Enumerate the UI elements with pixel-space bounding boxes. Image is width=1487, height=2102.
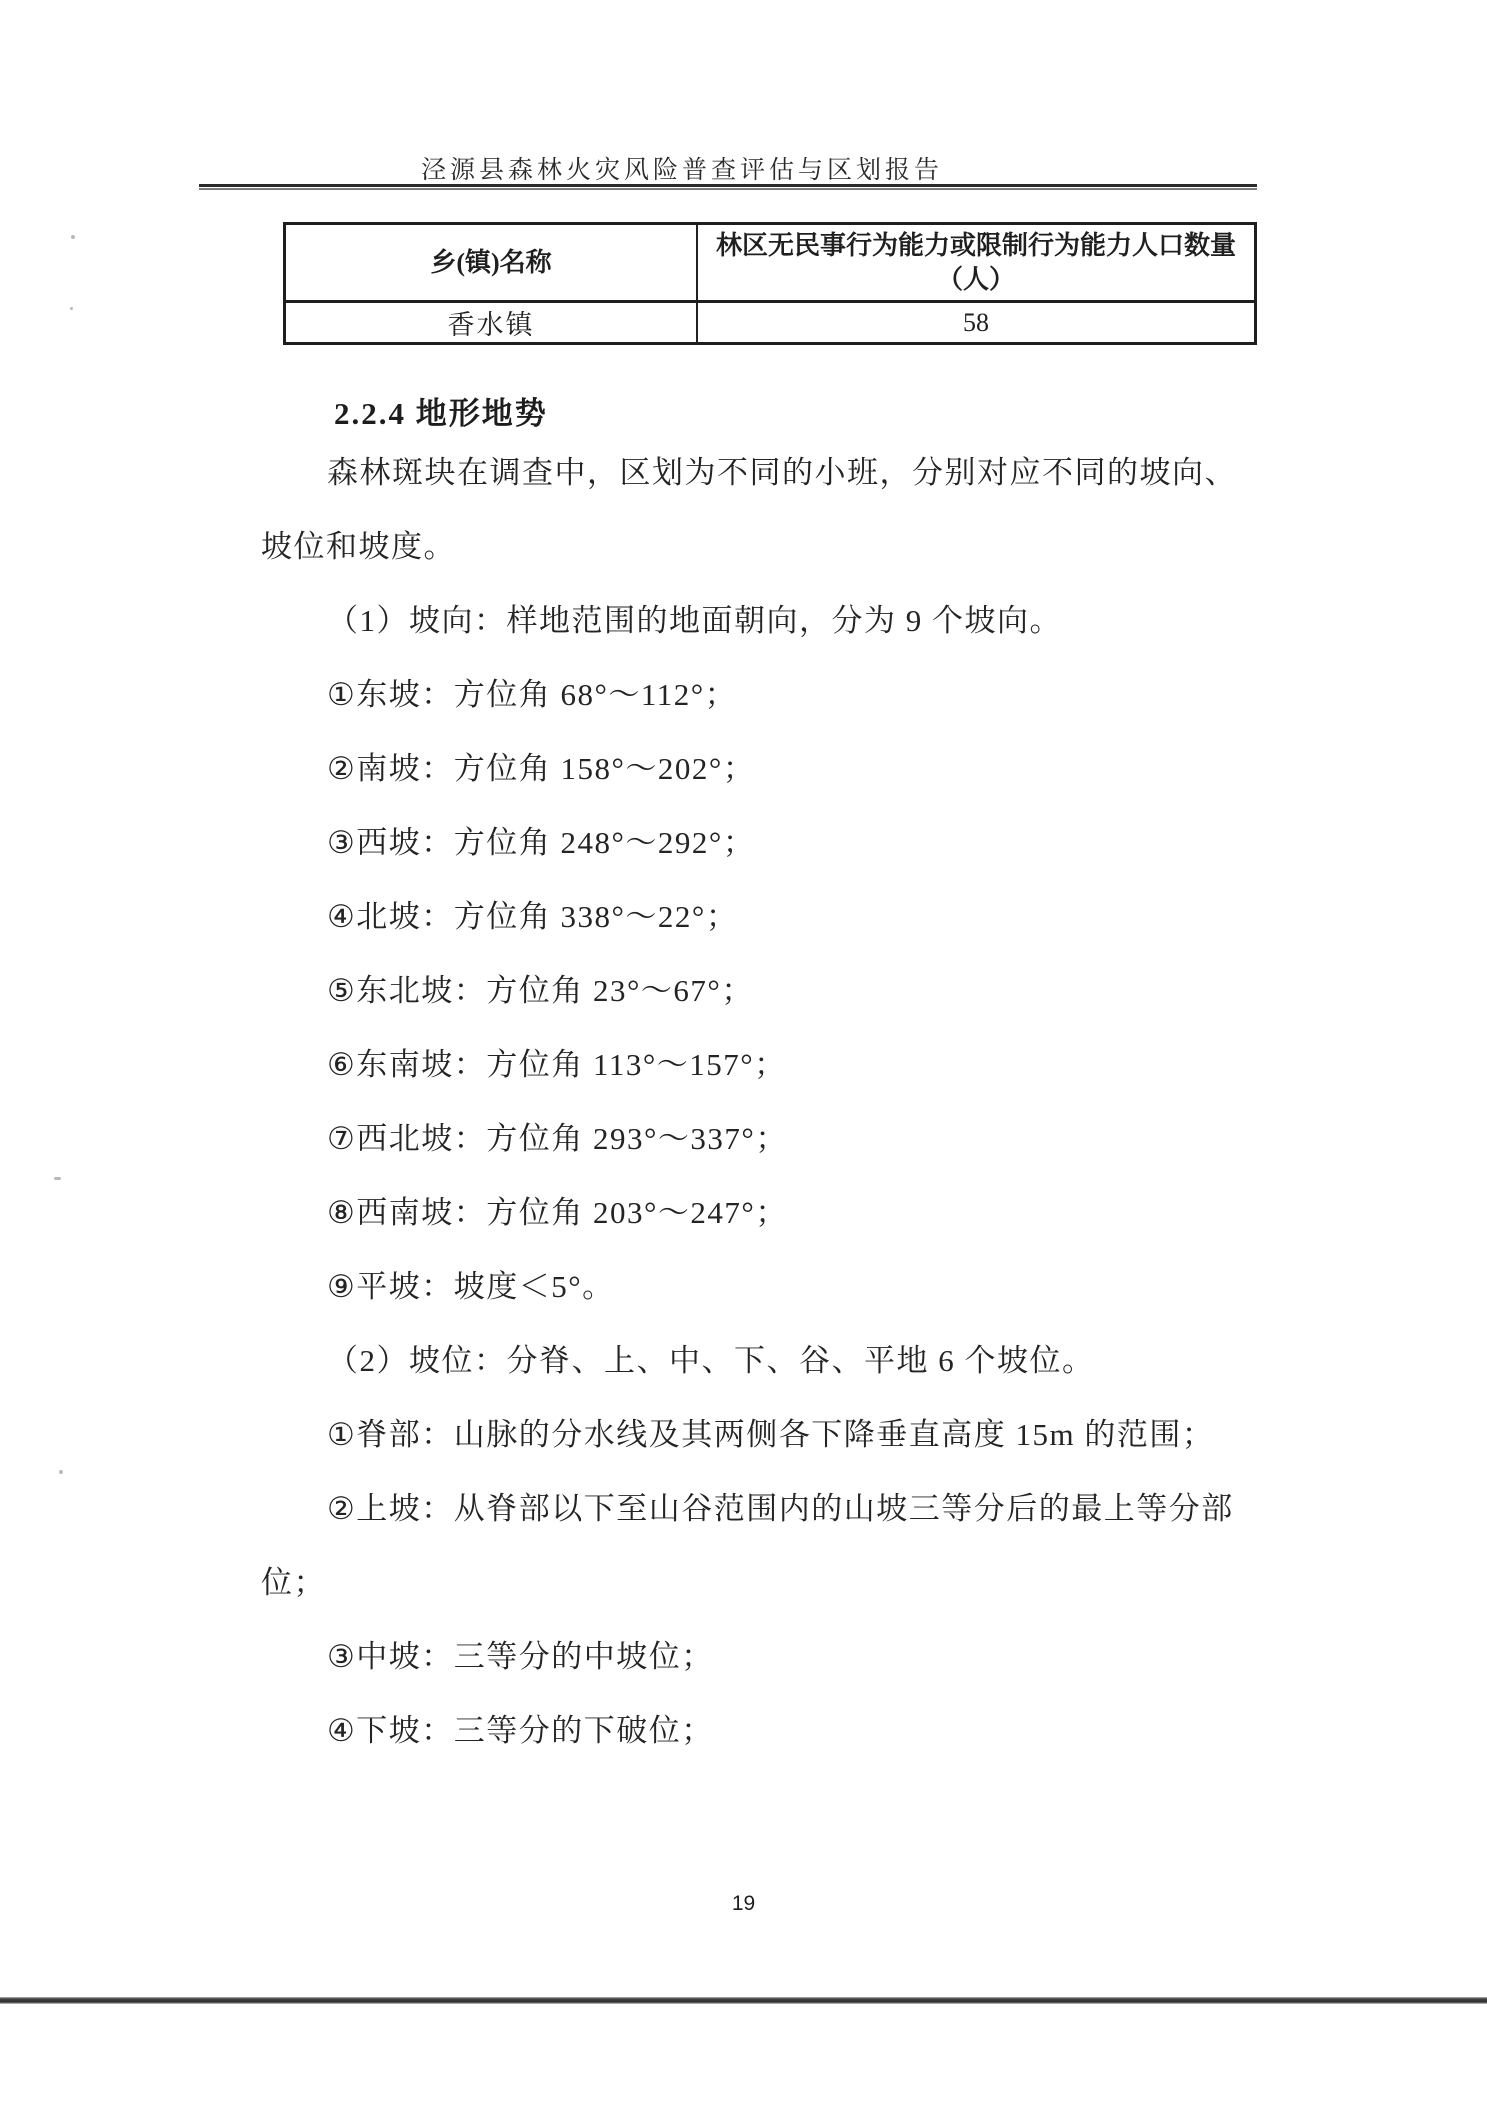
report-header-title: 泾源县森林火灾风险普查评估与区划报告: [421, 150, 943, 186]
population-table: 乡(镇)名称 林区无民事行为能力或限制行为能力人口数量 （人） 香水镇 58: [283, 222, 1257, 345]
body-text: 森林斑块在调查中，区划为不同的小班，分别对应不同的坡向、 坡位和坡度。 （1）坡…: [261, 436, 1271, 1768]
body-line: 坡位和坡度。: [261, 510, 1271, 584]
header-rule: [199, 184, 1257, 190]
table-header-population-line2: （人）: [698, 263, 1254, 297]
population-cell: 58: [697, 302, 1256, 344]
body-line: ⑥东南坡：方位角 113°～157°；: [261, 1028, 1271, 1102]
scan-noise-dot: [70, 307, 73, 310]
body-line: （1）坡向：样地范围的地面朝向，分为 9 个坡向。: [261, 584, 1271, 658]
table-header-row: 乡(镇)名称 林区无民事行为能力或限制行为能力人口数量 （人）: [285, 224, 1256, 302]
scan-edge-bar: [0, 1997, 1487, 2004]
table-row: 香水镇 58: [285, 302, 1256, 344]
table-header-population: 林区无民事行为能力或限制行为能力人口数量 （人）: [697, 224, 1256, 302]
body-line: ③西坡：方位角 248°～292°；: [261, 806, 1271, 880]
body-line: ③中坡：三等分的中坡位；: [261, 1620, 1271, 1694]
body-line: ⑧西南坡：方位角 203°～247°；: [261, 1176, 1271, 1250]
body-line: 位；: [261, 1546, 1271, 1620]
township-cell: 香水镇: [285, 302, 698, 344]
document-page: { "page": { "title": "泾源县森林火灾风险普查评估与区划报告…: [0, 0, 1487, 2102]
scan-noise-dot: [59, 1470, 63, 1474]
body-line: ②上坡：从脊部以下至山谷范围内的山坡三等分后的最上等分部: [261, 1472, 1271, 1546]
scan-noise-dot: [71, 235, 75, 239]
section-heading: 2.2.4 地形地势: [334, 388, 548, 433]
table-header-township: 乡(镇)名称: [285, 224, 698, 302]
body-line: ⑦西北坡：方位角 293°～337°；: [261, 1102, 1271, 1176]
body-line: ④下坡：三等分的下破位；: [261, 1694, 1271, 1768]
body-line: ⑤东北坡：方位角 23°～67°；: [261, 954, 1271, 1028]
table-header-population-line1: 林区无民事行为能力或限制行为能力人口数量: [698, 229, 1254, 263]
body-line: ⑨平坡：坡度＜5°。: [261, 1250, 1271, 1324]
body-line: ②南坡：方位角 158°～202°；: [261, 732, 1271, 806]
body-line: ①东坡：方位角 68°～112°；: [261, 658, 1271, 732]
scan-noise-dot: [54, 1177, 61, 1180]
body-line: ④北坡：方位角 338°～22°；: [261, 880, 1271, 954]
body-line: （2）坡位：分脊、上、中、下、谷、平地 6 个坡位。: [261, 1324, 1271, 1398]
body-line: ①脊部：山脉的分水线及其两侧各下降垂直高度 15m 的范围；: [261, 1398, 1271, 1472]
body-line: 森林斑块在调查中，区划为不同的小班，分别对应不同的坡向、: [261, 436, 1271, 510]
page-number: 19: [0, 1892, 1487, 1916]
